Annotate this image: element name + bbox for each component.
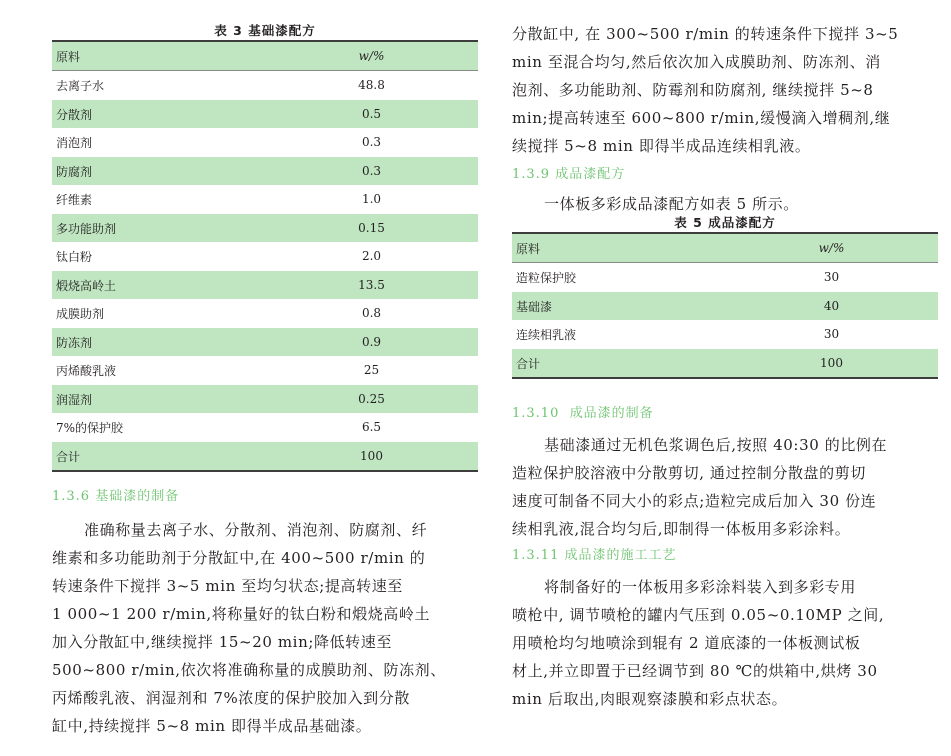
cell-material: 合计 bbox=[512, 349, 725, 379]
text-line: 转速条件下搅拌 3~5 min 至均匀状态;提高转速至 bbox=[52, 572, 478, 600]
table-row: 防腐剂0.3 bbox=[52, 157, 478, 186]
cell-material: 合计 bbox=[52, 442, 265, 472]
cell-material: 多功能助剂 bbox=[52, 214, 265, 243]
cell-value: 1.0 bbox=[265, 185, 478, 214]
text-line: 将制备好的一体板用多彩涂料装入到多彩专用 bbox=[512, 573, 938, 601]
table5-header-weight: w/% bbox=[725, 233, 938, 263]
cell-value: 6.5 bbox=[265, 413, 478, 442]
cell-material: 7%的保护胶 bbox=[52, 413, 265, 442]
text-line: 材上,并立即置于已经调节到 80 ℃的烘箱中,烘烤 30 bbox=[512, 657, 938, 685]
table-row: 纤维素1.0 bbox=[52, 185, 478, 214]
cell-value: 100 bbox=[725, 349, 938, 379]
text-line: 基础漆通过无机色浆调色后,按照 40:30 的比例在 bbox=[512, 431, 938, 459]
text-line: 1 000~1 200 r/min,将称量好的钛白粉和煅烧高岭土 bbox=[52, 600, 478, 628]
table-row: 防冻剂0.9 bbox=[52, 328, 478, 357]
text-line: min 后取出,肉眼观察漆膜和彩点状态。 bbox=[512, 685, 938, 713]
cell-value: 40 bbox=[725, 292, 938, 321]
table-row: 7%的保护胶6.5 bbox=[52, 413, 478, 442]
table-row: 成膜助剂0.8 bbox=[52, 299, 478, 328]
cell-material: 基础漆 bbox=[512, 292, 725, 321]
cell-material: 分散剂 bbox=[52, 100, 265, 129]
cell-value: 0.8 bbox=[265, 299, 478, 328]
text-line: 速度可制备不同大小的彩点;造粒完成后加入 30 份连 bbox=[512, 487, 938, 515]
section-heading-1-3-10: 1.3.10 成品漆的制备 bbox=[512, 403, 938, 425]
text-line: 用喷枪均匀地喷涂到辊有 2 道底漆的一体板测试板 bbox=[512, 629, 938, 657]
table-row: 消泡剂0.3 bbox=[52, 128, 478, 157]
table-total-row: 合计100 bbox=[52, 442, 478, 472]
text-line: 喷枪中, 调节喷枪的罐内气压到 0.05~0.10MP 之间, bbox=[512, 601, 938, 629]
table-row: 煅烧高岭土13.5 bbox=[52, 271, 478, 300]
cell-value: 2.0 bbox=[265, 242, 478, 271]
table-row: 分散剂0.5 bbox=[52, 100, 478, 129]
text-line: 泡剂、多功能助剂、防霉剂和防腐剂, 继续搅拌 5~8 bbox=[512, 76, 938, 104]
cell-material: 去离子水 bbox=[52, 71, 265, 100]
text-line: 丙烯酸乳液、润湿剂和 7%浓度的保护胶加入到分散 bbox=[52, 684, 478, 712]
cell-material: 丙烯酸乳液 bbox=[52, 356, 265, 385]
cell-material: 煅烧高岭土 bbox=[52, 271, 265, 300]
cell-value: 0.3 bbox=[265, 157, 478, 186]
table-row: 造粒保护胶30 bbox=[512, 263, 938, 292]
table3: 原料 w/% 去离子水48.8 分散剂0.5 消泡剂0.3 防腐剂0.3 纤维素… bbox=[52, 40, 478, 472]
paragraph-application-process: 将制备好的一体板用多彩涂料装入到多彩专用 喷枪中, 调节喷枪的罐内气压到 0.0… bbox=[512, 573, 938, 713]
cell-material: 润湿剂 bbox=[52, 385, 265, 414]
cell-value: 0.15 bbox=[265, 214, 478, 243]
table-row: 基础漆40 bbox=[512, 292, 938, 321]
cell-value: 0.25 bbox=[265, 385, 478, 414]
table-row: 连续相乳液30 bbox=[512, 320, 938, 349]
table3-header-row: 原料 w/% bbox=[52, 41, 478, 71]
section-heading-1-3-9: 1.3.9 成品漆配方 bbox=[512, 164, 938, 186]
text-line: min;提高转速至 600~800 r/min,缓慢滴入增稠剂,继 bbox=[512, 104, 938, 132]
cell-material: 消泡剂 bbox=[52, 128, 265, 157]
cell-value: 0.9 bbox=[265, 328, 478, 357]
cell-value: 30 bbox=[725, 263, 938, 292]
text-line: 分散缸中, 在 300~500 r/min 的转速条件下搅拌 3~5 bbox=[512, 20, 938, 48]
table-total-row: 合计100 bbox=[512, 349, 938, 379]
table-row: 丙烯酸乳液25 bbox=[52, 356, 478, 385]
cell-value: 25 bbox=[265, 356, 478, 385]
cell-value: 48.8 bbox=[265, 71, 478, 100]
cell-material: 纤维素 bbox=[52, 185, 265, 214]
text-line: 缸中,持续搅拌 5~8 min 即得半成品基础漆。 bbox=[52, 712, 478, 740]
table3-header-material: 原料 bbox=[52, 41, 265, 71]
paragraph-finished-paint-prep: 基础漆通过无机色浆调色后,按照 40:30 的比例在 造粒保护胶溶液中分散剪切,… bbox=[512, 431, 938, 543]
paragraph-continuous-phase: 分散缸中, 在 300~500 r/min 的转速条件下搅拌 3~5 min 至… bbox=[512, 20, 938, 160]
text-line: 500~800 r/min,依次将准确称量的成膜助剂、防冻剂、 bbox=[52, 656, 478, 684]
cell-material: 钛白粉 bbox=[52, 242, 265, 271]
cell-material: 防冻剂 bbox=[52, 328, 265, 357]
cell-value: 0.3 bbox=[265, 128, 478, 157]
text-line: 加入分散缸中,继续搅拌 15~20 min;降低转速至 bbox=[52, 628, 478, 656]
table-row: 多功能助剂0.15 bbox=[52, 214, 478, 243]
table-row: 钛白粉2.0 bbox=[52, 242, 478, 271]
right-column: 分散缸中, 在 300~500 r/min 的转速条件下搅拌 3~5 min 至… bbox=[512, 0, 938, 713]
text-line: 准确称量去离子水、分散剂、消泡剂、防腐剂、纤 bbox=[52, 516, 478, 544]
paragraph-base-paint-prep: 准确称量去离子水、分散剂、消泡剂、防腐剂、纤 维素和多功能助剂于分散缸中,在 4… bbox=[52, 516, 478, 740]
table5-header-row: 原料 w/% bbox=[512, 233, 938, 263]
cell-material: 连续相乳液 bbox=[512, 320, 725, 349]
text-line: 续相乳液,混合均匀后,即制得一体板用多彩涂料。 bbox=[512, 515, 938, 543]
cell-value: 0.5 bbox=[265, 100, 478, 129]
cell-material: 成膜助剂 bbox=[52, 299, 265, 328]
left-column: 表 3 基础漆配方 原料 w/% 去离子水48.8 分散剂0.5 消泡剂0.3 … bbox=[52, 0, 478, 740]
table3-header-weight: w/% bbox=[265, 41, 478, 71]
table-row: 去离子水48.8 bbox=[52, 71, 478, 100]
section-heading-1-3-6: 1.3.6 基础漆的制备 bbox=[52, 486, 478, 508]
text-line: 造粒保护胶溶液中分散剪切, 通过控制分散盘的剪切 bbox=[512, 459, 938, 487]
text-line: min 至混合均匀,然后依次加入成膜助剂、防冻剂、消 bbox=[512, 48, 938, 76]
table5-header-material: 原料 bbox=[512, 233, 725, 263]
section-heading-1-3-11: 1.3.11 成品漆的施工工艺 bbox=[512, 545, 938, 567]
table-row: 润湿剂0.25 bbox=[52, 385, 478, 414]
cell-material: 造粒保护胶 bbox=[512, 263, 725, 292]
cell-material: 防腐剂 bbox=[52, 157, 265, 186]
cell-value: 13.5 bbox=[265, 271, 478, 300]
text-line: 维素和多功能助剂于分散缸中,在 400~500 r/min 的 bbox=[52, 544, 478, 572]
text-line: 续搅拌 5~8 min 即得半成品连续相乳液。 bbox=[512, 132, 938, 160]
table5: 原料 w/% 造粒保护胶30 基础漆40 连续相乳液30 合计100 bbox=[512, 232, 938, 379]
cell-value: 100 bbox=[265, 442, 478, 472]
table3-caption: 表 3 基础漆配方 bbox=[52, 22, 478, 40]
cell-value: 30 bbox=[725, 320, 938, 349]
